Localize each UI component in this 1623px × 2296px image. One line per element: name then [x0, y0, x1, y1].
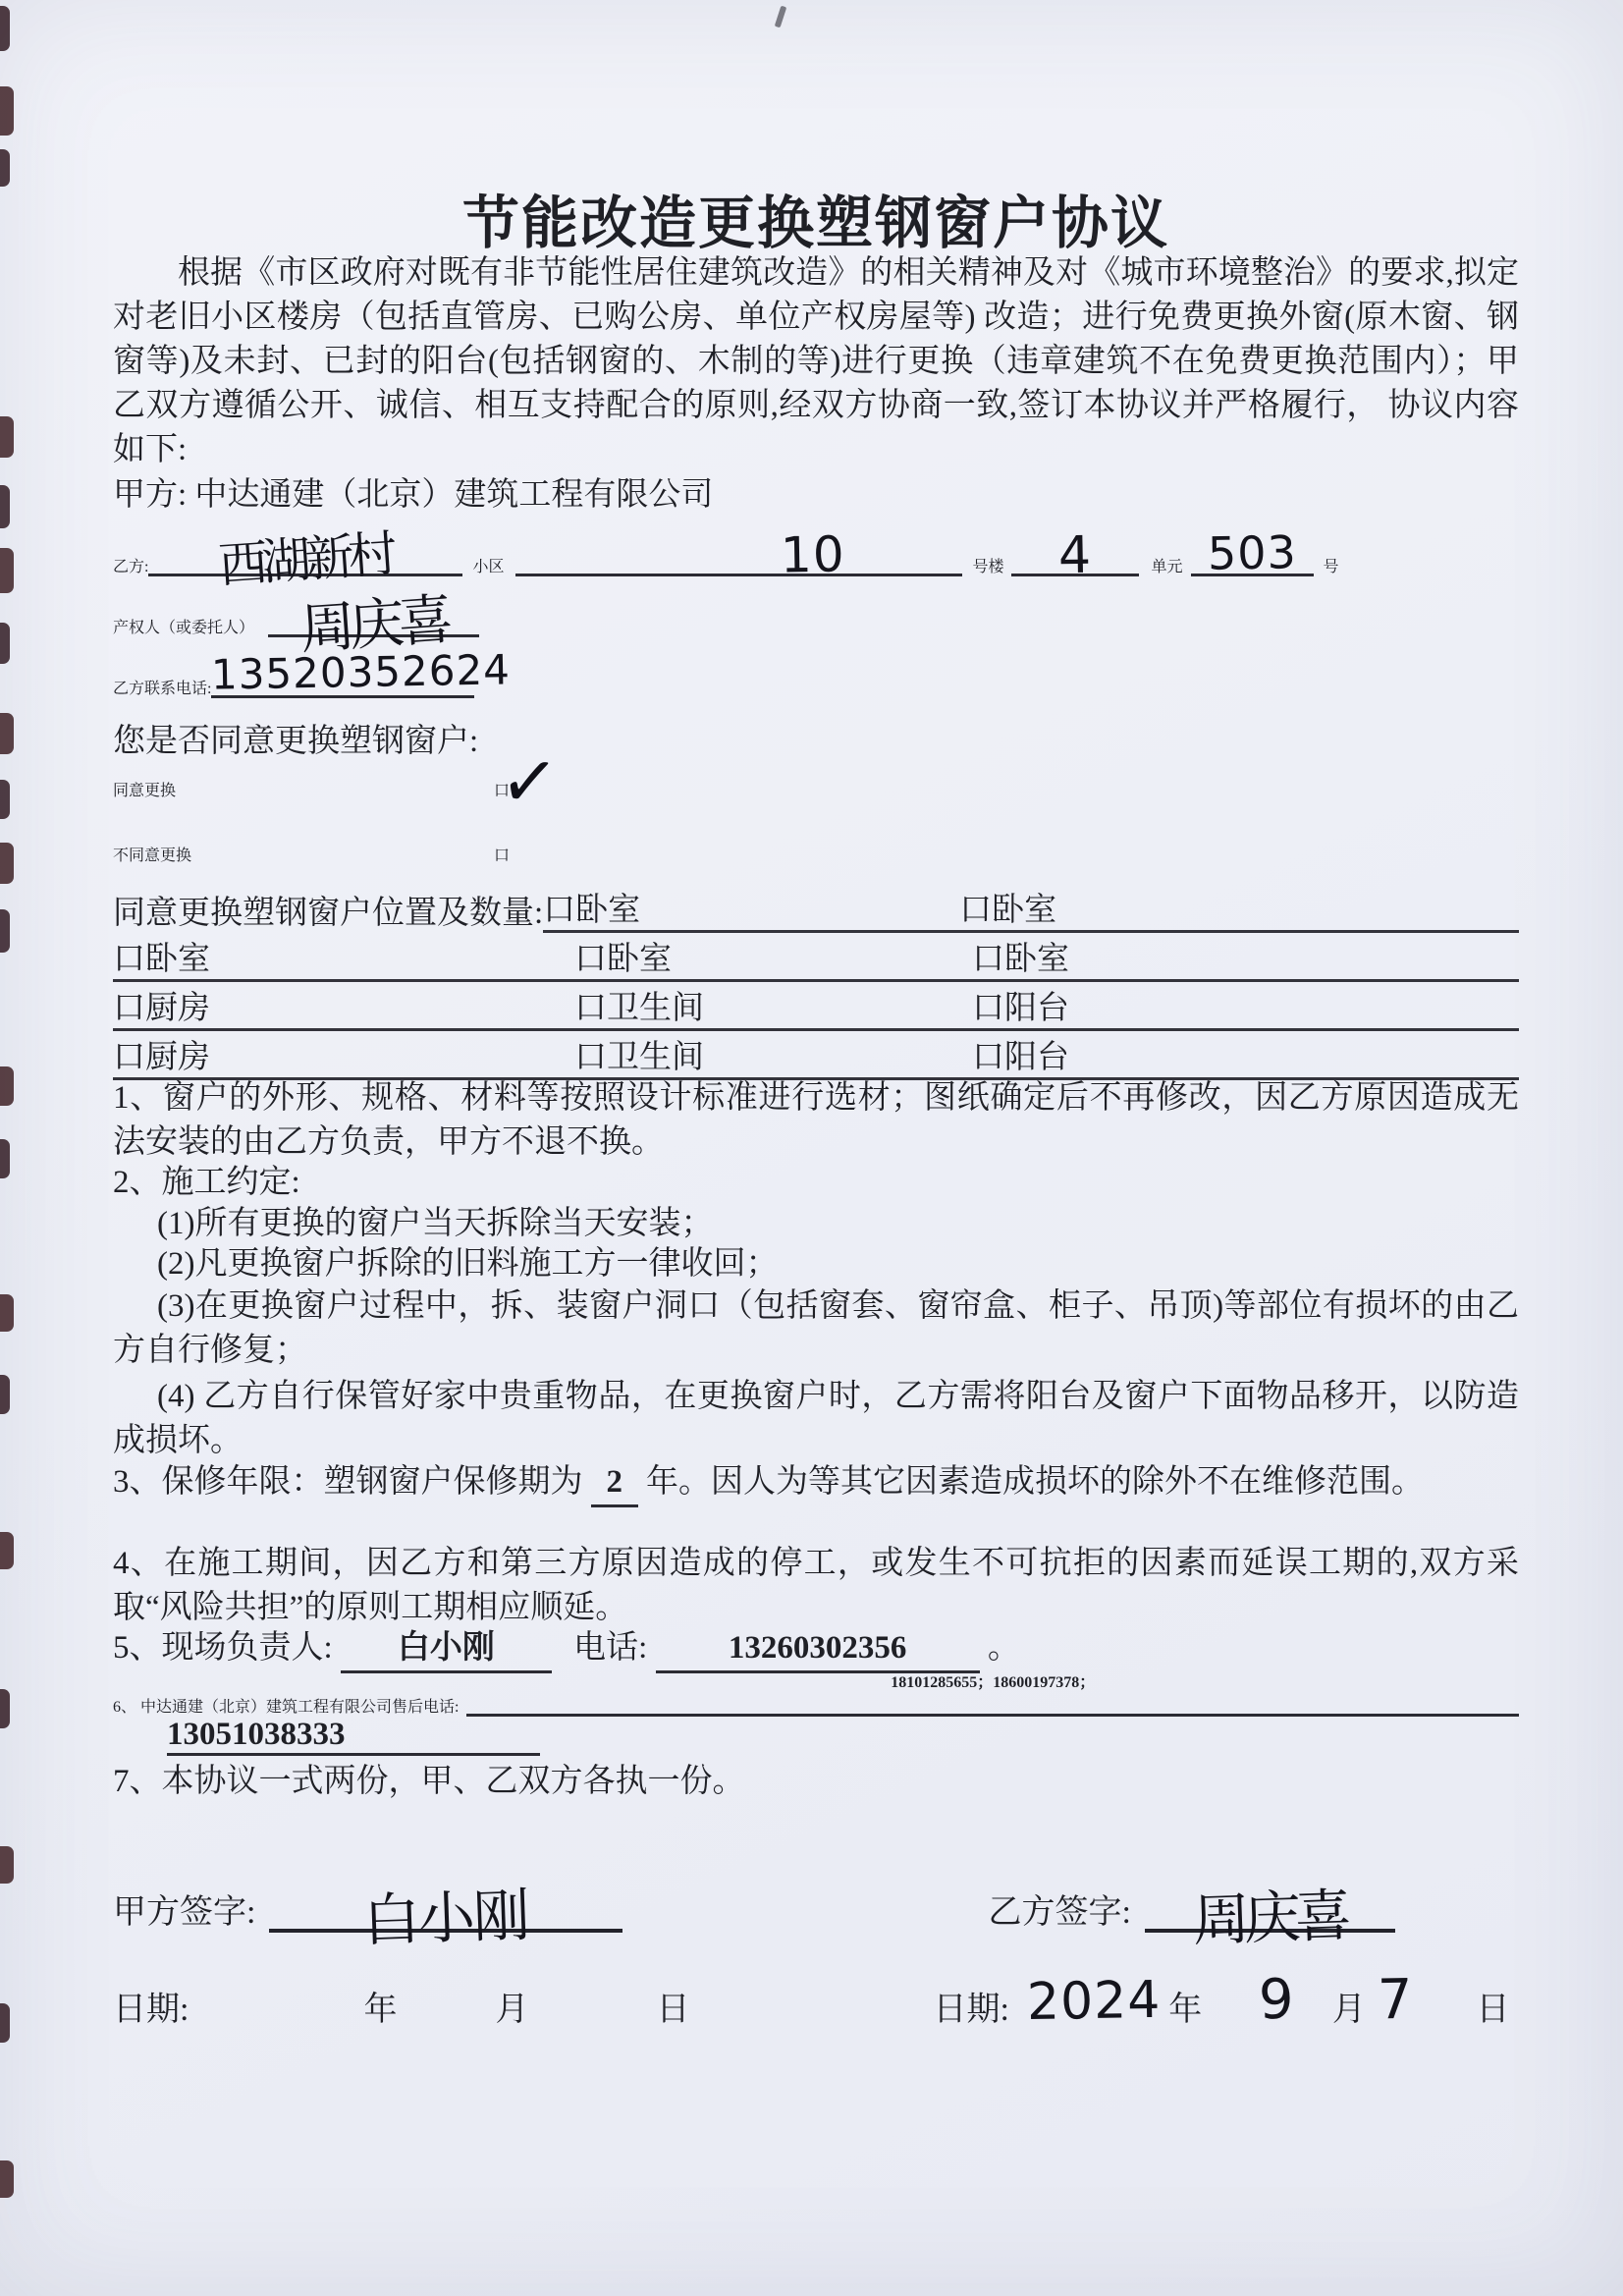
room-number-field: 503 [1191, 528, 1314, 576]
warranty-years-field: 2 [591, 1460, 638, 1507]
party-a-signature-label: 甲方签字: [113, 1885, 255, 1933]
location-cell: 口卫生间 [574, 982, 972, 1028]
owner-label: 产权人（或委托人） [113, 615, 254, 637]
party-a-line: 甲方: 中达通建（北京）建筑工程有限公司 [113, 473, 1519, 518]
agree-row: 同意更换 口 ✓ [113, 778, 1519, 800]
party-b-date-month-handwriting: 9 [1259, 1968, 1296, 2033]
intro-paragraph: 根据《市区政府对既有非节能性居住建筑改造》的相关精神及对《城市环境整治》的要求,… [113, 251, 1519, 472]
clause-5: 5、现场负责人: 白小刚 电话: 13260302356 。 [113, 1626, 1519, 1673]
disagree-checkbox: 口 [494, 843, 533, 865]
party-b-signature-handwriting: 周庆喜 [1192, 1869, 1348, 1956]
party-b-signature-label: 乙方签字: [988, 1885, 1130, 1933]
site-manager-phone: 13260302356 [656, 1626, 980, 1673]
agree-checkbox: 口 ✓ [494, 778, 533, 800]
party-a-month-label: 月 [495, 1982, 528, 2030]
clause-6-prefix: 6、 中达通建（北京）建筑工程有限公司售后电话: [113, 1694, 459, 1717]
party-a-signature-field: 白小刚 [269, 1882, 622, 1933]
party-b-year-label: 年 [1168, 1982, 1202, 2030]
disagree-label: 不同意更换 [113, 843, 494, 865]
site-manager-name: 白小刚 [341, 1626, 552, 1673]
party-a-signature-handwriting: 白小刚 [362, 1869, 530, 1957]
locations-header-item2: 口卧室 [959, 884, 1056, 930]
clause-3: 3、保修年限：塑钢窗户保修期为 2 年。因人为等其它因素造成损坏的除外不在维修范… [113, 1460, 1519, 1507]
building-label: 号楼 [972, 554, 1003, 576]
checkmark-handwriting: ✓ [497, 741, 562, 822]
building-number-field: 10 [515, 528, 962, 576]
room-label: 号 [1324, 554, 1339, 576]
locations-header-fill: 口卧室 口卧室 [543, 887, 1519, 933]
location-cell: 口卧室 [972, 933, 1519, 979]
locations-header-label: 同意更换塑钢窗户位置及数量: [113, 887, 543, 933]
clause-2-item-3: (3)在更换窗户过程中，拆、装窗户洞口（包括窗套、窗帘盒、柜子、吊顶)等部位有损… [113, 1285, 1519, 1373]
service-phones-2: 13051038333 [167, 1717, 540, 1756]
locations-header-row: 同意更换塑钢窗户位置及数量: 口卧室 口卧室 [113, 890, 1519, 933]
clause-5-phone-label: 电话: [573, 1630, 647, 1666]
agree-label: 同意更换 [113, 778, 494, 800]
party-b-day-label: 日 [1477, 1982, 1510, 2030]
checkbox-glyph: 口 [494, 847, 510, 864]
phone-line: 乙方联系电话: 13520352624 [113, 650, 1519, 698]
clause-6-line-2: 13051038333 [113, 1717, 1519, 1756]
clause-2-item-4: (4) 乙方自行保管好家中贵重物品，在更换窗户时，乙方需将阳台及窗户下面物品移开… [113, 1375, 1519, 1463]
signature-row: 甲方签字: 白小刚 乙方签字: 周庆喜 [113, 1882, 1519, 1933]
phone-handwriting: 13520352624 [211, 645, 512, 698]
location-cell: 口卫生间 [574, 1031, 972, 1077]
party-b-date-label: 日期: [933, 1982, 1008, 2030]
party-b-signature-field: 周庆喜 [1145, 1882, 1395, 1933]
clause-7: 7、本协议一式两份，甲、乙双方各执一份。 [113, 1760, 1519, 1804]
party-a-year-label: 年 [363, 1982, 397, 2030]
location-cell: 口厨房 [113, 1031, 574, 1077]
locations-header-item1: 口卧室 [543, 884, 640, 930]
clause-6-line-1: 6、 中达通建（北京）建筑工程有限公司售后电话: 18101285655；186… [113, 1669, 1519, 1717]
location-cell: 口卧室 [113, 933, 574, 979]
locations-row-1: 口卧室 口卧室 口卧室 [113, 933, 1519, 982]
location-cell: 口阳台 [972, 1031, 1519, 1077]
clause-5-suffix: 。 [988, 1630, 1020, 1666]
clause-1: 1、窗户的外形、规格、材料等按照设计标准进行选材；图纸确定后不再修改，因乙方原因… [113, 1076, 1519, 1165]
building-number-handwriting: 10 [781, 525, 846, 583]
location-cell: 口阳台 [972, 982, 1519, 1028]
room-number-handwriting: 503 [1207, 525, 1297, 580]
party-a-date-label: 日期: [113, 1982, 189, 2030]
party-b-label: 乙方: [113, 554, 148, 576]
scanned-document-page: 节能改造更换塑钢窗户协议 根据《市区政府对既有非节能性居住建筑改造》的相关精神及… [0, 0, 1623, 2296]
community-name-field: 西湖新村 [148, 528, 462, 576]
clause-4: 4、在施工期间，因乙方和第三方原因造成的停工，或发生不可抗拒的因素而延误工期的,… [113, 1542, 1519, 1630]
unit-label: 单元 [1151, 554, 1182, 576]
scan-speck [775, 6, 787, 28]
community-suffix-label: 小区 [472, 554, 504, 576]
locations-table: 同意更换塑钢窗户位置及数量: 口卧室 口卧室 口卧室 口卧室 口卧室 口厨房 口… [113, 890, 1519, 1080]
consent-question: 您是否同意更换塑钢窗户: [113, 720, 1519, 764]
phone-label: 乙方联系电话: [113, 676, 211, 698]
clause-2-heading: 2、施工约定: [113, 1161, 1519, 1205]
unit-number-handwriting: 4 [1058, 526, 1093, 586]
clause-3-prefix: 3、保修年限：塑钢窗户保修期为 [113, 1464, 583, 1500]
owner-name-field: 周庆喜 [268, 589, 479, 637]
party-b-date-year-handwriting: 2024 [1026, 1971, 1161, 2032]
document-title: 节能改造更换塑钢窗户协议 [113, 177, 1519, 259]
party-b-month-label: 月 [1332, 1982, 1366, 2030]
clause-5-prefix: 5、现场负责人: [113, 1630, 333, 1666]
locations-row-3: 口厨房 口卫生间 口阳台 [113, 1031, 1519, 1080]
owner-line: 产权人（或委托人） 周庆喜 [113, 589, 1519, 637]
party-b-date-day-handwriting: 7 [1377, 1968, 1414, 2033]
clause-2-item-1: (1)所有更换的窗户当天拆除当天安装； [113, 1202, 1519, 1246]
service-phones-1: 18101285655；18600197378； [466, 1669, 1519, 1717]
clause-2-item-2: (2)凡更换窗户拆除的旧料施工方一律收回； [113, 1242, 1519, 1286]
party-a-day-label: 日 [656, 1982, 689, 2030]
unit-number-field: 4 [1011, 528, 1139, 576]
location-cell: 口厨房 [113, 982, 574, 1028]
party-b-line: 乙方: 西湖新村 小区 10 号楼 4 单元 503 号 [113, 528, 1519, 576]
clause-3-suffix: 年。因人为等其它因素造成损坏的除外不在维修范围。 [646, 1464, 1424, 1500]
disagree-row: 不同意更换 口 [113, 843, 1519, 865]
date-row: 日期: 年 月 日 日期: 2024 年 9 月 7 日 [113, 1970, 1519, 2034]
locations-row-2: 口厨房 口卫生间 口阳台 [113, 982, 1519, 1031]
phone-field: 13520352624 [211, 650, 474, 698]
location-cell: 口卧室 [574, 933, 972, 979]
